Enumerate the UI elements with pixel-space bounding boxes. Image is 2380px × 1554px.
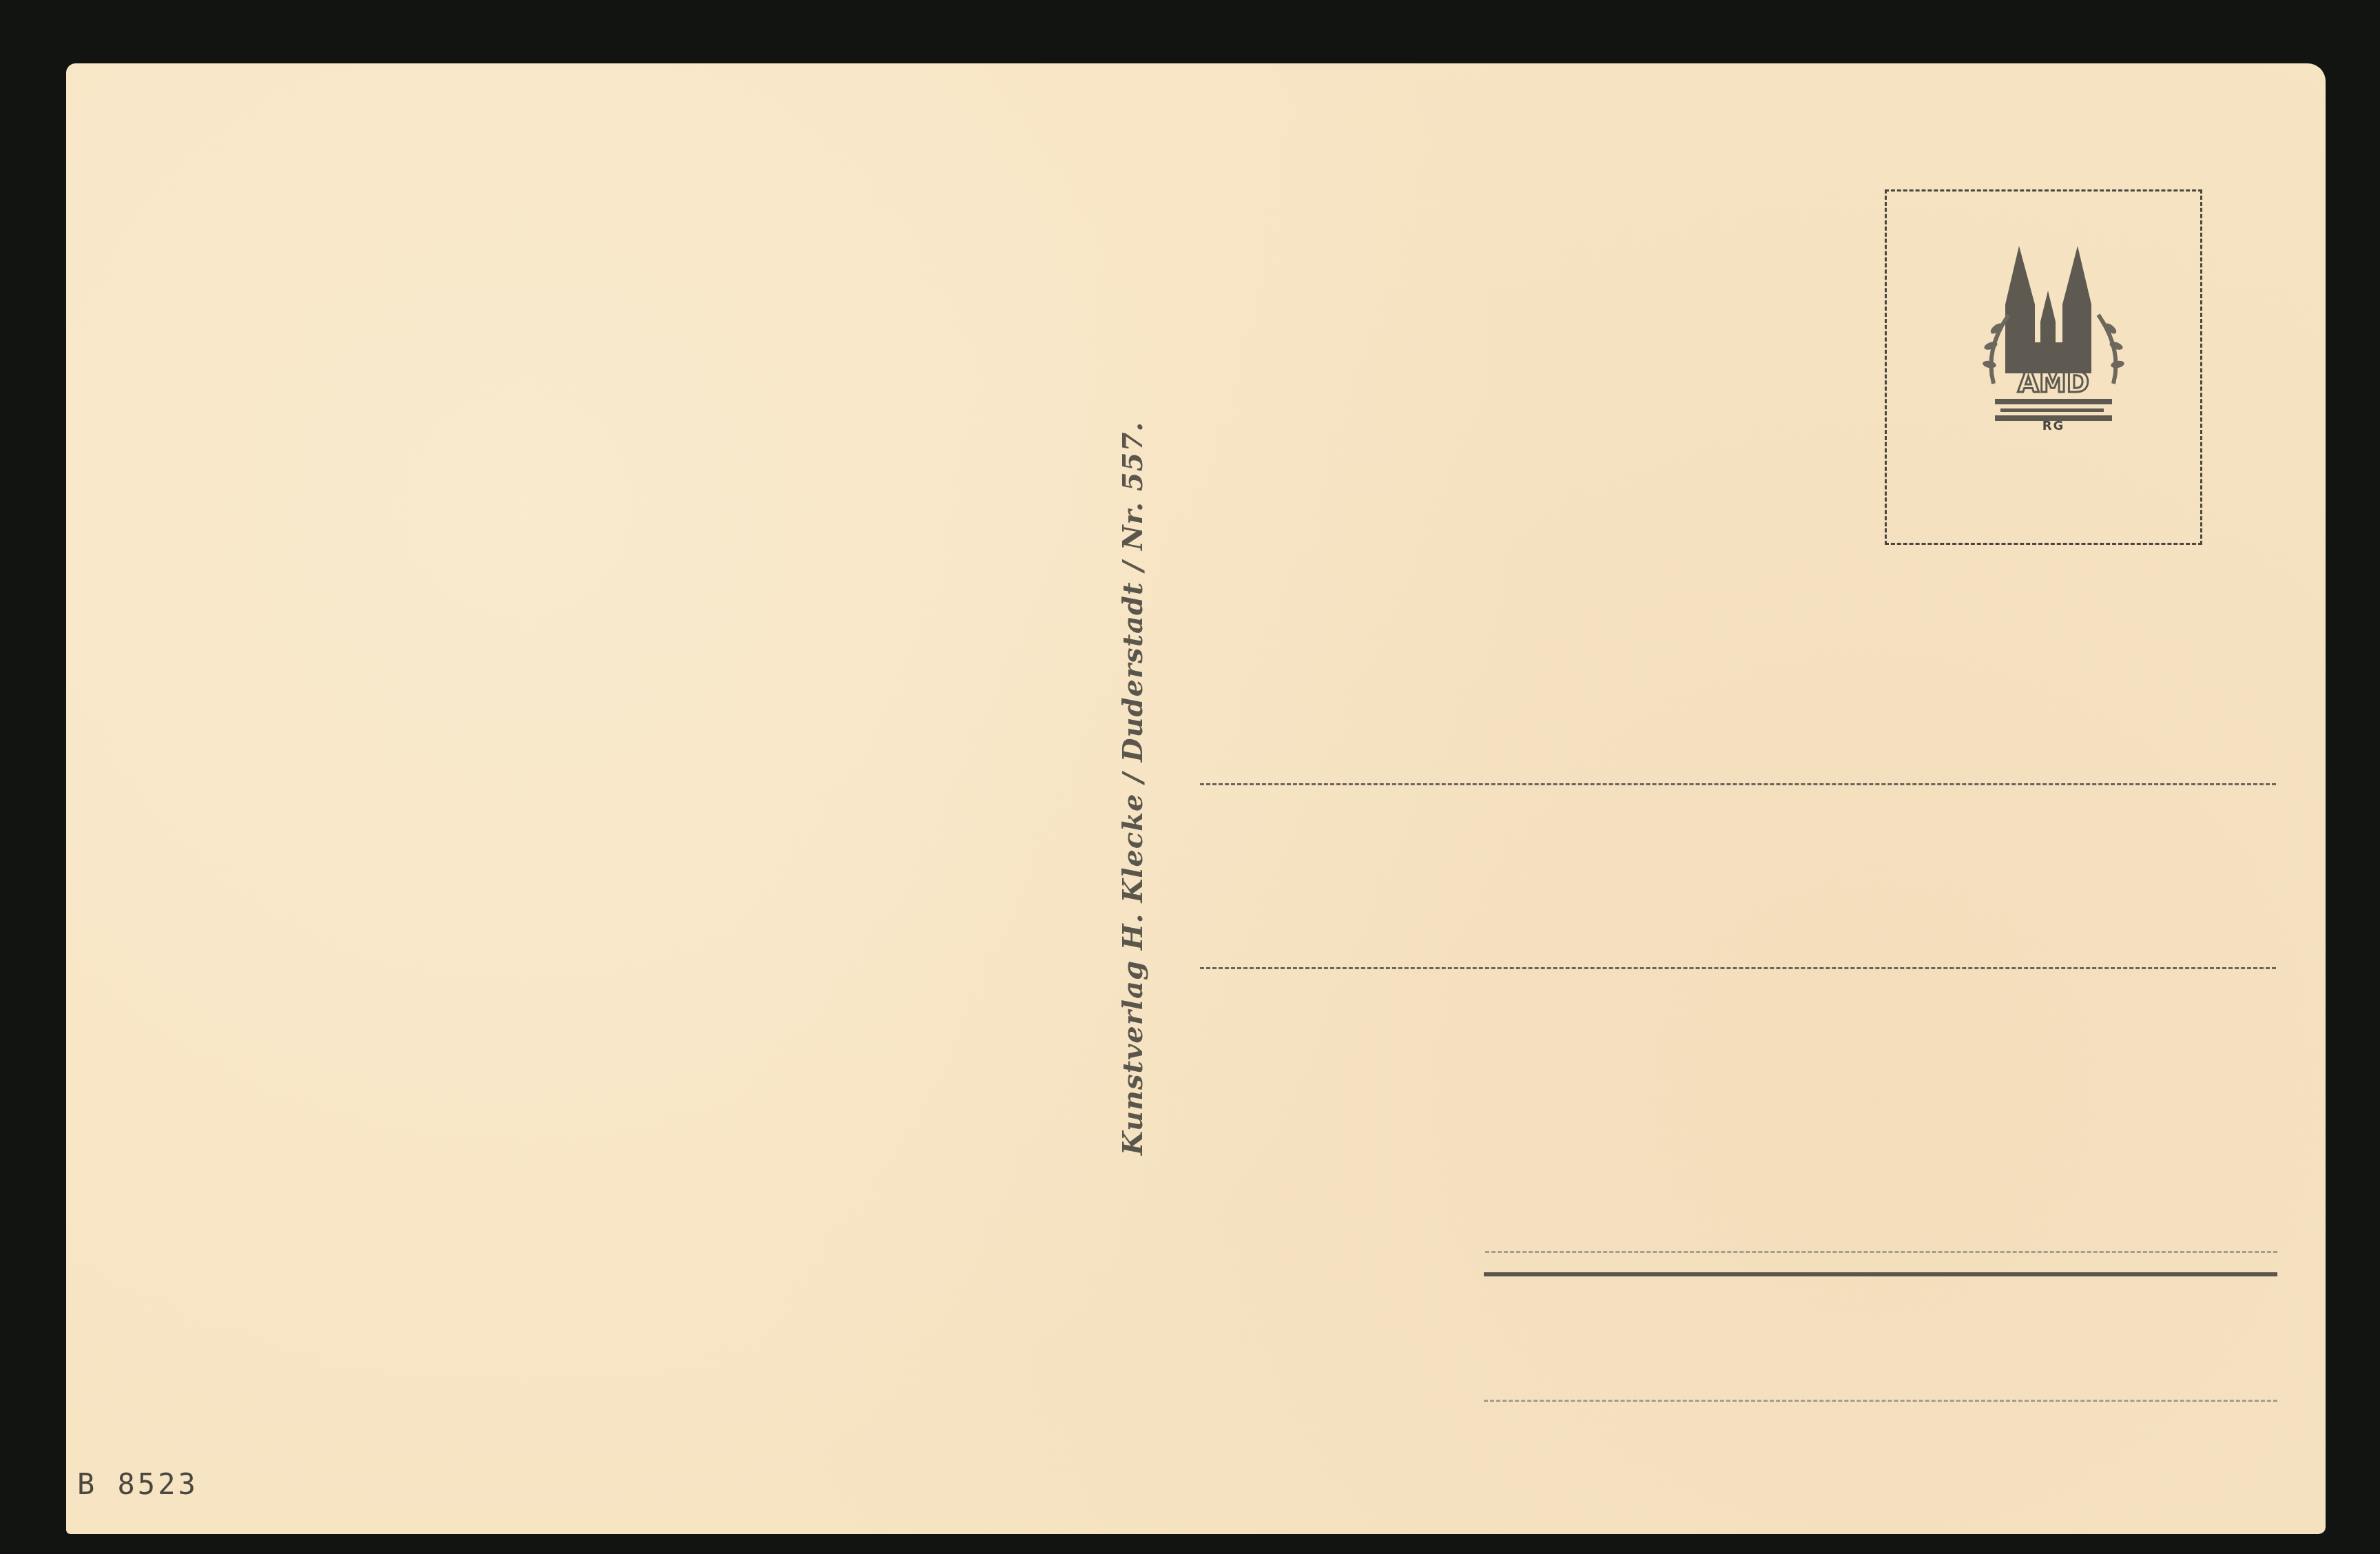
address-line-3-guide bbox=[1485, 1251, 2277, 1253]
address-line-1 bbox=[1200, 783, 2276, 785]
logo-sub-label: RG bbox=[2029, 419, 2078, 433]
cathedral-spires-laurel-icon: AMD bbox=[1981, 246, 2126, 435]
address-line-3-underline bbox=[1484, 1272, 2277, 1276]
address-line-4 bbox=[1484, 1400, 2277, 1402]
address-line-2 bbox=[1200, 967, 2276, 969]
postcard-back: AMD RG Kunstverlag H. Klecke / Duderstad… bbox=[66, 63, 2326, 1534]
logo-monogram: AMD bbox=[2018, 367, 2089, 399]
publisher-imprint: Kunstverlag H. Klecke / Duderstadt / Nr.… bbox=[1117, 508, 1151, 1155]
catalog-code: B 8523 bbox=[77, 1467, 198, 1501]
